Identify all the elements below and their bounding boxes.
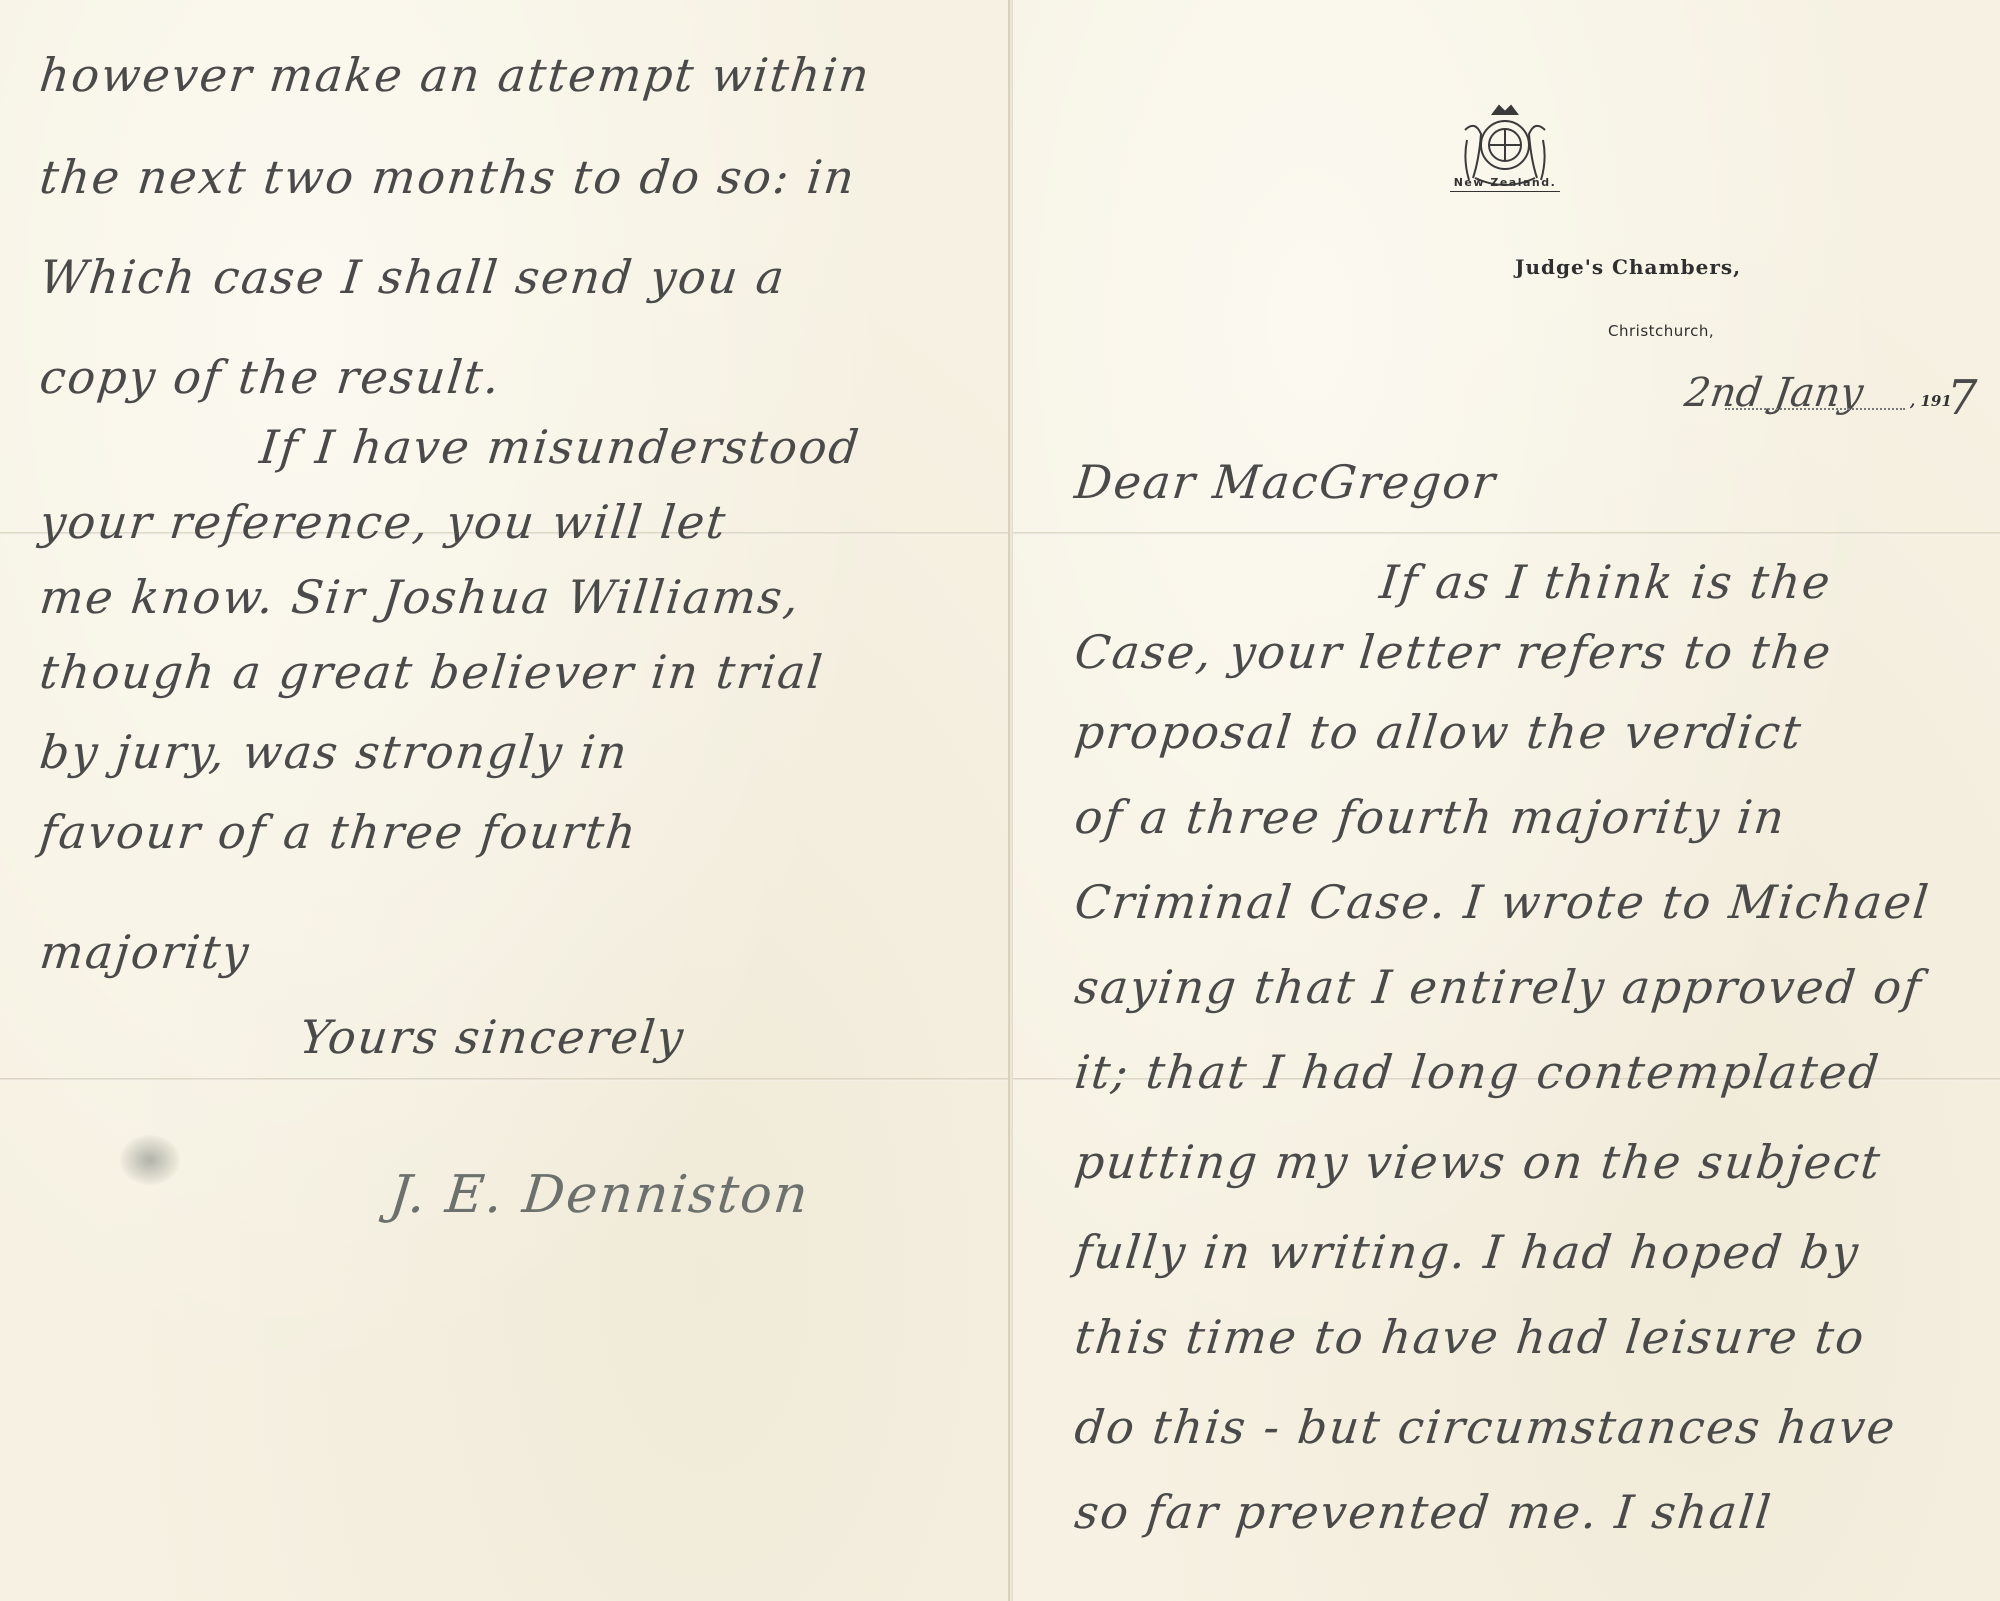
ink-stain: [120, 1135, 180, 1185]
handwritten-line: your reference, you will let: [37, 495, 730, 549]
fold-line: [0, 1078, 1008, 1081]
handwritten-line: though a great believer in trial: [37, 645, 826, 699]
handwritten-line: majority: [37, 925, 253, 979]
handwritten-line: Case, your letter refers to the: [1072, 625, 1835, 679]
handwritten-line: fully in writing. I had hoped by: [1072, 1225, 1862, 1279]
salutation: Dear MacGregor: [1072, 455, 1499, 509]
handwritten-line: favour of a three fourth: [37, 805, 640, 859]
handwritten-line: by jury, was strongly in: [37, 725, 631, 779]
date-year-printed: , 191: [1910, 392, 1952, 410]
letterhead-office: Judge's Chambers,: [1515, 255, 1741, 279]
handwritten-line: If as I think is the: [1377, 555, 1834, 609]
handwritten-line: If I have misunderstood: [257, 420, 863, 474]
handwritten-line: proposal to allow the verdict: [1072, 705, 1805, 759]
handwritten-line: it; that I had long contemplated: [1072, 1045, 1883, 1099]
handwritten-line: Criminal Case. I wrote to Michael: [1072, 875, 1933, 929]
letterhead-city: Christchurch,: [1608, 322, 1714, 340]
handwritten-line: however make an attempt within: [37, 48, 873, 102]
handwritten-line: copy of the result.: [37, 350, 504, 404]
handwritten-line: saying that I entirely approved of: [1072, 960, 1925, 1014]
handwritten-line: of a three fourth majority in: [1072, 790, 1788, 844]
handwritten-line: putting my views on the subject: [1072, 1135, 1884, 1189]
letter-date: 2nd Jany , 191 7: [1685, 370, 1985, 430]
letter-page-left: however make an attempt within the next …: [0, 0, 1010, 1601]
handwritten-line: Which case I shall send you a: [37, 250, 788, 304]
handwritten-line: do this - but circumstances have: [1072, 1400, 1899, 1454]
handwritten-line: so far prevented me. I shall: [1072, 1485, 1775, 1539]
handwritten-line: the next two months to do so: in: [37, 150, 858, 204]
closing: Yours sincerely: [297, 1010, 687, 1064]
fold-line: [1013, 532, 2000, 535]
signature: J. E. Denniston: [387, 1165, 813, 1225]
date-dotted-line: [1725, 408, 1905, 410]
handwritten-line: this time to have had leisure to: [1072, 1310, 1868, 1364]
date-year-handwritten: 7: [1947, 370, 1978, 426]
handwritten-line: me know. Sir Joshua Williams,: [37, 570, 803, 624]
letterhead-country: New Zealand.: [1450, 176, 1560, 192]
